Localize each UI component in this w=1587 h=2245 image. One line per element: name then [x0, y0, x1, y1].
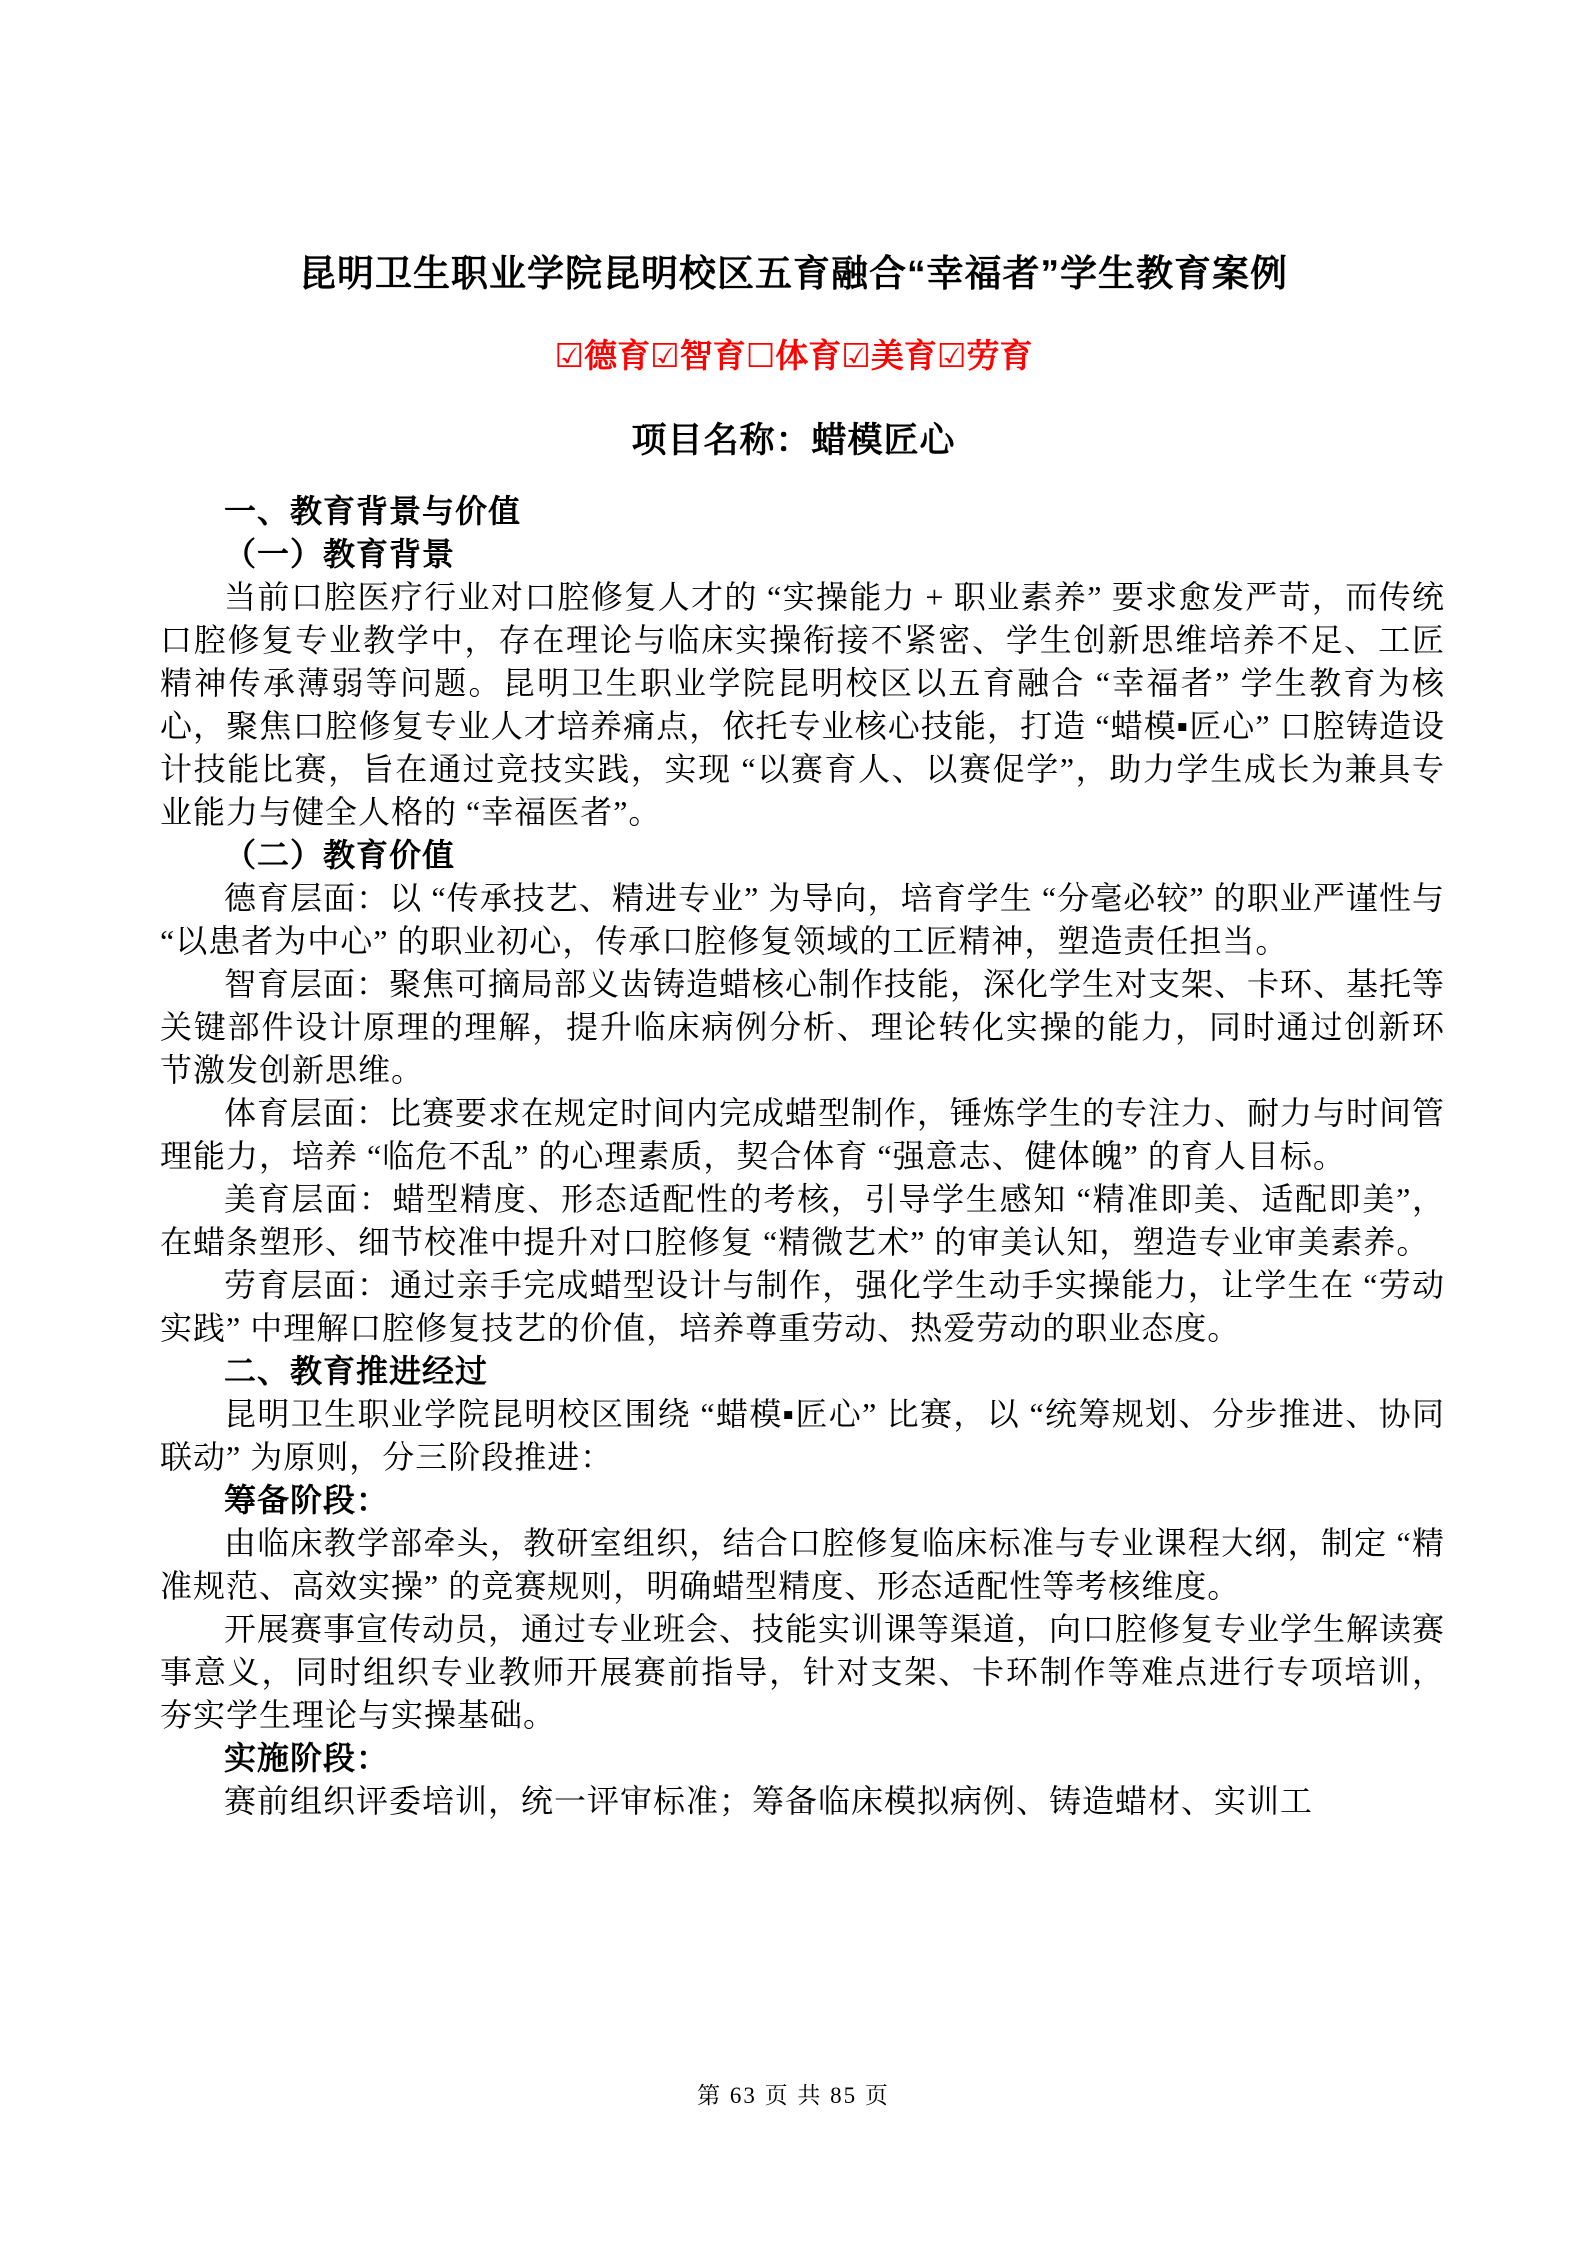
document-body: 一、教育背景与价值 （一）教育背景 当前口腔医疗行业对口腔修复人才的 “实操能力…	[160, 490, 1445, 1823]
subsection-heading-education-background: （一）教育背景	[160, 533, 1445, 576]
checkbox-label-zhiyu: 智育	[680, 337, 746, 374]
paragraph-education-background: 当前口腔医疗行业对口腔修复人才的 “实操能力 + 职业素养” 要求愈发严苛，而传…	[160, 576, 1445, 834]
paragraph-progress-overview: 昆明卫生职业学院昆明校区围绕 “蜡模▪匠心” 比赛，以 “统筹规划、分步推进、协…	[160, 1393, 1445, 1479]
subsection-heading-education-value: （二）教育价值	[160, 834, 1445, 877]
checkbox-checked-icon: ☑	[650, 337, 680, 374]
section-heading-progress: 二、教育推进经过	[160, 1350, 1445, 1393]
paragraph-labor-education: 劳育层面：通过亲手完成蜡型设计与制作，强化学生动手实操能力，让学生在 “劳动实践…	[160, 1264, 1445, 1350]
paragraph-physical-education: 体育层面：比赛要求在规定时间内完成蜡型制作，锤炼学生的专注力、耐力与时间管理能力…	[160, 1092, 1445, 1178]
paragraph-aesthetic-education: 美育层面：蜡型精度、形态适配性的考核，引导学生感知 “精准即美、适配即美”，在蜡…	[160, 1178, 1445, 1264]
checkbox-checked-icon: ☑	[555, 337, 585, 374]
section-heading-background-value: 一、教育背景与价值	[160, 490, 1445, 533]
document-page: 昆明卫生职业学院昆明校区五育融合“幸福者”学生教育案例 ☑德育☑智育☐体育☑美育…	[0, 0, 1587, 2245]
checkbox-checked-icon: ☑	[841, 337, 871, 374]
checkbox-item-tiyu: ☐体育	[746, 337, 842, 374]
paragraph-preparation-rules: 由临床教学部牵头，教研室组织，结合口腔修复临床标准与专业课程大纲，制定 “精准规…	[160, 1522, 1445, 1608]
checkbox-item-zhiyu: ☑智育	[650, 337, 746, 374]
paragraph-implementation: 赛前组织评委培训，统一评审标准；筹备临床模拟病例、铸造蜡材、实训工	[160, 1780, 1445, 1823]
checkbox-label-deyu: 德育	[584, 337, 650, 374]
checkbox-label-laoyu: 劳育	[966, 337, 1032, 374]
five-education-checkbox-line: ☑德育☑智育☐体育☑美育☑劳育	[0, 336, 1587, 376]
stage-heading-implementation: 实施阶段：	[160, 1737, 1445, 1780]
checkbox-label-meiyu: 美育	[871, 337, 937, 374]
document-title: 昆明卫生职业学院昆明校区五育融合“幸福者”学生教育案例	[0, 0, 1587, 296]
paragraph-preparation-promotion: 开展赛事宣传动员，通过专业班会、技能实训课等渠道，向口腔修复专业学生解读赛事意义…	[160, 1608, 1445, 1737]
page-number-footer: 第 63 页 共 85 页	[0, 2082, 1587, 2110]
checkbox-checked-icon: ☑	[937, 337, 967, 374]
project-title: 项目名称：蜡模匠心	[0, 420, 1587, 462]
paragraph-moral-education: 德育层面：以 “传承技艺、精进专业” 为导向，培育学生 “分毫必较” 的职业严谨…	[160, 877, 1445, 963]
paragraph-intellectual-education: 智育层面：聚焦可摘局部义齿铸造蜡核心制作技能，深化学生对支架、卡环、基托等关键部…	[160, 963, 1445, 1092]
checkbox-unchecked-icon: ☐	[746, 337, 776, 374]
checkbox-item-deyu: ☑德育	[555, 337, 651, 374]
checkbox-label-tiyu: 体育	[775, 337, 841, 374]
checkbox-item-meiyu: ☑美育	[841, 337, 937, 374]
checkbox-item-laoyu: ☑劳育	[937, 337, 1033, 374]
stage-heading-preparation: 筹备阶段：	[160, 1479, 1445, 1522]
